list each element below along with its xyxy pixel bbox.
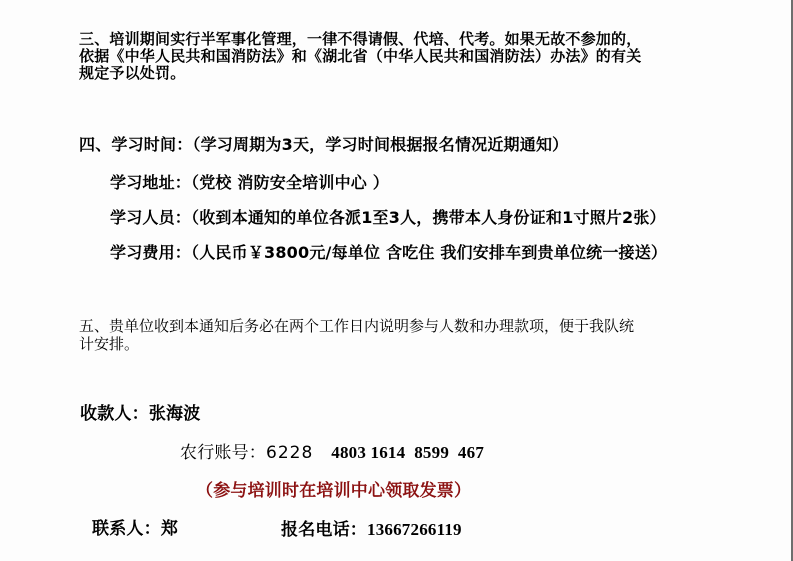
- study-time-label: 四、学习时间：: [79, 135, 192, 154]
- phone-label: 报名电话：: [281, 520, 367, 540]
- payee-row: 收款人：张海波: [80, 406, 200, 423]
- study-fee-value: （人民币￥3800元/每单位 含吃住 我们安排车到贵单位统一接送）: [191, 243, 667, 262]
- contact-name: 郑: [161, 519, 178, 539]
- payee-name: 张海波: [149, 404, 201, 424]
- invoice-note: （参与培训时在培训中心领取发票）: [196, 483, 471, 500]
- account-rest: 4803 1614 8599 467: [331, 443, 484, 462]
- study-address-row: 学习地址：（党校 消防安全培训中心 ）: [110, 174, 389, 191]
- study-time-value: （学习周期为3天，学习时间根据报名情况近期通知）: [192, 135, 568, 154]
- contact-row: 联系人：郑: [92, 521, 178, 538]
- account-prefix: 6228: [266, 443, 313, 463]
- study-personnel-label: 学习人员：: [110, 208, 191, 227]
- section3-line-2: 依据《中华人民共和国消防法》和《湖北省（中华人民共和国消防法）办法》的有关: [79, 48, 641, 65]
- phone-row: 报名电话：13667266119: [281, 521, 462, 539]
- section3-line-3: 规定予以处罚。: [79, 65, 185, 82]
- payee-label: 收款人：: [80, 404, 149, 424]
- section5-line-1: 五、贵单位收到本通知后务必在两个工作日内说明参与人数和办理款项，便于我队统: [79, 318, 634, 335]
- study-fee-label: 学习费用：: [110, 243, 191, 262]
- account-label: 农行账号：: [180, 443, 266, 463]
- section5-line-2: 计安排。: [79, 336, 139, 353]
- section3-line-1: 三、培训期间实行半军事化管理，一律不得请假、代培、代考。如果无故不参加的，: [79, 31, 641, 48]
- account-row: 农行账号：62284803 1614 8599 467: [180, 444, 484, 462]
- study-address-label: 学习地址：: [110, 173, 191, 192]
- study-address-value: （党校 消防安全培训中心 ）: [191, 173, 389, 192]
- study-fee-row: 学习费用：（人民币￥3800元/每单位 含吃住 我们安排车到贵单位统一接送）: [110, 244, 667, 261]
- study-time-row: 四、学习时间：（学习周期为3天，学习时间根据报名情况近期通知）: [79, 136, 568, 153]
- study-personnel-row: 学习人员：（收到本通知的单位各派1至3人，携带本人身份证和1寸照片2张）: [110, 209, 666, 226]
- contact-label: 联系人：: [92, 519, 161, 539]
- study-personnel-value: （收到本通知的单位各派1至3人，携带本人身份证和1寸照片2张）: [191, 208, 666, 227]
- phone-number: 13667266119: [367, 520, 462, 539]
